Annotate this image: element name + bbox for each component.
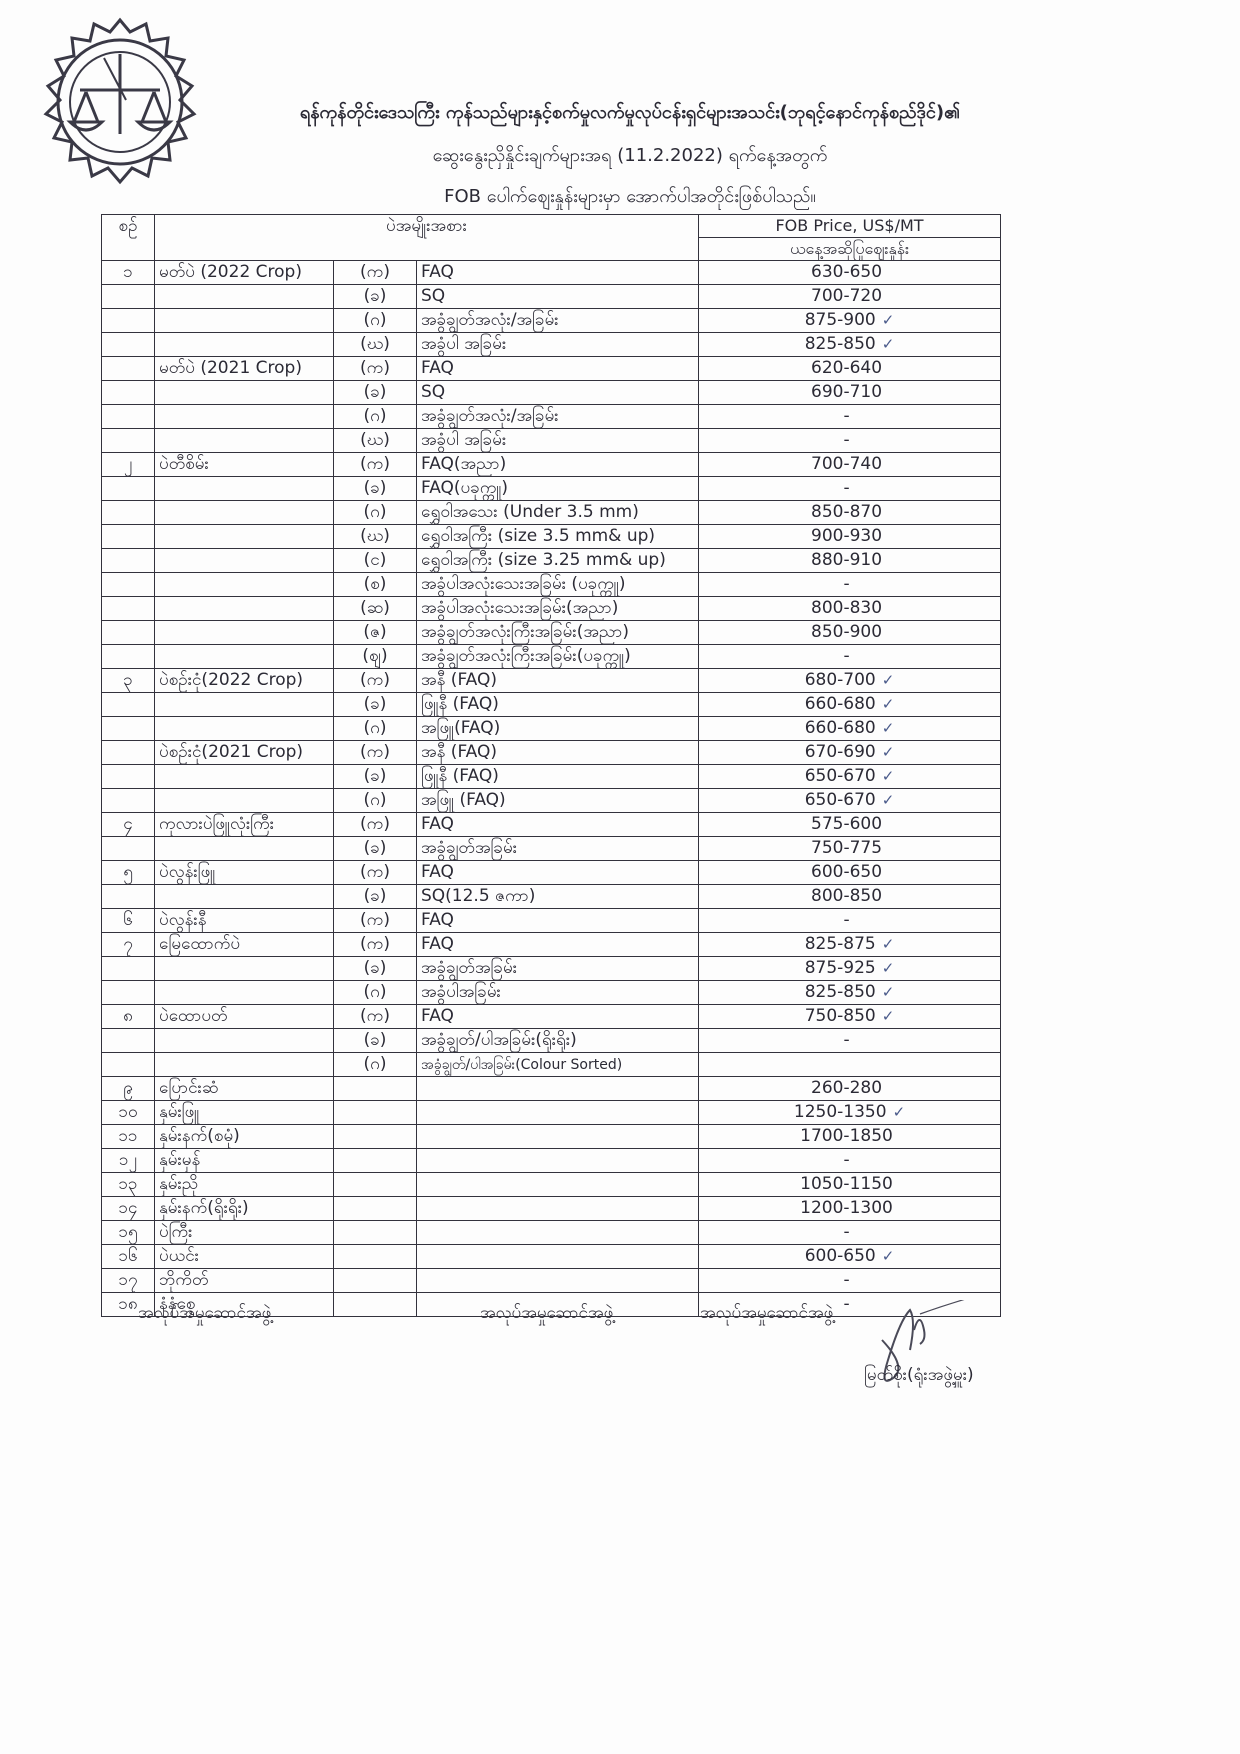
row-price: 575-600 bbox=[699, 813, 1001, 837]
row-number bbox=[102, 645, 155, 669]
row-number: ၁၃ bbox=[102, 1173, 155, 1197]
row-price: - bbox=[699, 405, 1001, 429]
row-item bbox=[155, 477, 334, 501]
row-number: ၁ bbox=[102, 261, 155, 285]
row-price: - bbox=[699, 1149, 1001, 1173]
row-number bbox=[102, 621, 155, 645]
row-price: 1200-1300 bbox=[699, 1197, 1001, 1221]
row-grade: FAQ bbox=[417, 933, 699, 957]
row-price: 1700-1850 bbox=[699, 1125, 1001, 1149]
row-subgrade-label: (ဂ) bbox=[334, 309, 417, 333]
checkmark-icon: ✓ bbox=[882, 1247, 895, 1265]
row-grade: FAQ bbox=[417, 861, 699, 885]
row-number: ၄ bbox=[102, 813, 155, 837]
checkmark-icon: ✓ bbox=[882, 791, 895, 809]
row-item: နှမ်းဖြူ bbox=[155, 1101, 334, 1125]
row-subgrade-label: (က) bbox=[334, 261, 417, 285]
row-number: ၉ bbox=[102, 1077, 155, 1101]
row-number bbox=[102, 405, 155, 429]
row-price: 670-690✓ bbox=[699, 741, 1001, 765]
table-row: (ဂ)အခွံချွတ်အလုံး/အခြမ်း- bbox=[102, 405, 1001, 429]
row-subgrade-label: (ဂ) bbox=[334, 501, 417, 525]
row-subgrade-label: (က) bbox=[334, 1005, 417, 1029]
row-grade bbox=[417, 1125, 699, 1149]
row-subgrade-label bbox=[334, 1149, 417, 1173]
row-item bbox=[155, 789, 334, 813]
committee-label-3: အလုပ်အမှုဆောင်အဖွဲ့ bbox=[700, 1302, 833, 1327]
row-subgrade-label: (က) bbox=[334, 669, 417, 693]
row-subgrade-label: (ဈ) bbox=[334, 645, 417, 669]
row-price: - bbox=[699, 429, 1001, 453]
row-item bbox=[155, 957, 334, 981]
table-row: (ခ)ဖြူနီ (FAQ)660-680✓ bbox=[102, 693, 1001, 717]
row-grade bbox=[417, 1101, 699, 1125]
table-row: (ခ)အခွံချွတ်အခြမ်း750-775 bbox=[102, 837, 1001, 861]
row-item: နှမ်းနက်(ရိုးရိုး) bbox=[155, 1197, 334, 1221]
row-grade: အခွံချွတ်အခြမ်း bbox=[417, 837, 699, 861]
table-row: (စ)အခွံပါအလုံးသေးအခြမ်း (ပခုက္ကူ)- bbox=[102, 573, 1001, 597]
table-row: (ခ)SQ700-720 bbox=[102, 285, 1001, 309]
table-row: (ခ)SQ(12.5 ဇကာ)800-850 bbox=[102, 885, 1001, 909]
row-item bbox=[155, 405, 334, 429]
row-item: မတ်ပဲ (2021 Crop) bbox=[155, 357, 334, 381]
table-row: (ခ)FAQ(ပခုက္ကူ)- bbox=[102, 477, 1001, 501]
checkmark-icon: ✓ bbox=[882, 335, 895, 353]
row-number bbox=[102, 741, 155, 765]
row-price: 660-680✓ bbox=[699, 717, 1001, 741]
row-grade: FAQ bbox=[417, 357, 699, 381]
checkmark-icon: ✓ bbox=[882, 767, 895, 785]
row-price: 800-850 bbox=[699, 885, 1001, 909]
row-grade: အခွံချွတ်/ပါအခြမ်း(ရိုးရိုး) bbox=[417, 1029, 699, 1053]
row-number bbox=[102, 789, 155, 813]
checkmark-icon: ✓ bbox=[893, 1103, 906, 1121]
row-price: - bbox=[699, 1269, 1001, 1293]
row-item bbox=[155, 765, 334, 789]
fob-intro-line: FOB ပေါက်ဈေးနှုန်းများမှာ အောက်ပါအတိုင်း… bbox=[300, 184, 960, 211]
checkmark-icon: ✓ bbox=[882, 671, 895, 689]
row-grade: အဖြူ (FAQ) bbox=[417, 789, 699, 813]
row-grade: အခွံပါ အခြမ်း bbox=[417, 333, 699, 357]
row-item bbox=[155, 597, 334, 621]
row-price: 900-930 bbox=[699, 525, 1001, 549]
row-number bbox=[102, 309, 155, 333]
row-subgrade-label: (ဂ) bbox=[334, 789, 417, 813]
row-item: နှမ်းနက်(စမုံ) bbox=[155, 1125, 334, 1149]
row-item bbox=[155, 645, 334, 669]
table-row: (ဃ)အခွံပါ အခြမ်း- bbox=[102, 429, 1001, 453]
row-grade: SQ bbox=[417, 381, 699, 405]
table-row: ၄ကုလားပဲဖြူလုံးကြီး(က)FAQ575-600 bbox=[102, 813, 1001, 837]
row-item: ပြောင်းဆံ bbox=[155, 1077, 334, 1101]
row-price: 750-850✓ bbox=[699, 1005, 1001, 1029]
checkmark-icon: ✓ bbox=[882, 959, 895, 977]
row-price: 875-925✓ bbox=[699, 957, 1001, 981]
row-number bbox=[102, 837, 155, 861]
row-price: 880-910 bbox=[699, 549, 1001, 573]
row-subgrade-label: (က) bbox=[334, 813, 417, 837]
date-line: ဆွေးနွေးညှိနှိုင်းချက်များအရ (11.2.2022)… bbox=[300, 143, 960, 170]
row-number bbox=[102, 333, 155, 357]
row-subgrade-label: (က) bbox=[334, 357, 417, 381]
row-grade: ရွှေဝါအသေး (Under 3.5 mm) bbox=[417, 501, 699, 525]
table-row: (ဆ)အခွံပါအလုံးသေးအခြမ်း(အညာ)800-830 bbox=[102, 597, 1001, 621]
row-grade: FAQ bbox=[417, 1005, 699, 1029]
row-number: ၇ bbox=[102, 933, 155, 957]
row-number: ၂ bbox=[102, 453, 155, 477]
table-row: ၁၆ပဲယင်း600-650✓ bbox=[102, 1245, 1001, 1269]
row-item: ကုလားပဲဖြူလုံးကြီး bbox=[155, 813, 334, 837]
table-row: (ဃ)အခွံပါ အခြမ်း825-850✓ bbox=[102, 333, 1001, 357]
row-item: ပဲလွန်းနီ bbox=[155, 909, 334, 933]
row-item bbox=[155, 525, 334, 549]
table-row: ၇မြေထောက်ပဲ(က)FAQ825-875✓ bbox=[102, 933, 1001, 957]
col-header-item: ပဲအမျိုးအစား bbox=[155, 215, 699, 261]
table-row: (ဂ)အခွံပါအခြမ်း825-850✓ bbox=[102, 981, 1001, 1005]
table-row: ၁၄နှမ်းနက်(ရိုးရိုး)1200-1300 bbox=[102, 1197, 1001, 1221]
row-item: ဘိုကိတ် bbox=[155, 1269, 334, 1293]
row-item bbox=[155, 981, 334, 1005]
table-row: (ဂ)ရွှေဝါအသေး (Under 3.5 mm)850-870 bbox=[102, 501, 1001, 525]
checkmark-icon: ✓ bbox=[882, 695, 895, 713]
table-row: ၁၇ဘိုကိတ်- bbox=[102, 1269, 1001, 1293]
table-row: ပဲစဉ်းငုံ(2021 Crop)(က)အနီ (FAQ)670-690✓ bbox=[102, 741, 1001, 765]
row-subgrade-label: (ခ) bbox=[334, 1029, 417, 1053]
row-price: - bbox=[699, 477, 1001, 501]
row-grade: FAQ bbox=[417, 261, 699, 285]
table-row: ၉ပြောင်းဆံ260-280 bbox=[102, 1077, 1001, 1101]
row-price: - bbox=[699, 1029, 1001, 1053]
row-subgrade-label: (ဃ) bbox=[334, 333, 417, 357]
row-subgrade-label: (ဂ) bbox=[334, 405, 417, 429]
row-number bbox=[102, 285, 155, 309]
row-price: 850-900 bbox=[699, 621, 1001, 645]
row-item: ပဲတီစိမ်း bbox=[155, 453, 334, 477]
table-row: ၆ပဲလွန်းနီ(က)FAQ- bbox=[102, 909, 1001, 933]
row-item: ပဲစဉ်းငုံ(2022 Crop) bbox=[155, 669, 334, 693]
row-grade: အနီ (FAQ) bbox=[417, 669, 699, 693]
row-number bbox=[102, 693, 155, 717]
row-item bbox=[155, 573, 334, 597]
row-grade bbox=[417, 1221, 699, 1245]
row-item: နှမ်းညို bbox=[155, 1173, 334, 1197]
row-grade: ဖြူနီ (FAQ) bbox=[417, 693, 699, 717]
row-number bbox=[102, 1053, 155, 1077]
row-price: 850-870 bbox=[699, 501, 1001, 525]
row-subgrade-label bbox=[334, 1077, 417, 1101]
row-item bbox=[155, 285, 334, 309]
row-subgrade-label: (ဂ) bbox=[334, 717, 417, 741]
row-number bbox=[102, 597, 155, 621]
row-grade: အခွံပါ အခြမ်း bbox=[417, 429, 699, 453]
row-price: - bbox=[699, 909, 1001, 933]
row-subgrade-label: (ခ) bbox=[334, 381, 417, 405]
row-price: 800-830 bbox=[699, 597, 1001, 621]
row-number bbox=[102, 357, 155, 381]
table-row: ၂ပဲတီစိမ်း(က)FAQ(အညာ)700-740 bbox=[102, 453, 1001, 477]
table-row: (ဂ)အခွံချွတ်အလုံး/အခြမ်း875-900✓ bbox=[102, 309, 1001, 333]
table-row: (ဇ)အခွံချွတ်အလုံးကြီးအခြမ်း(အညာ)850-900 bbox=[102, 621, 1001, 645]
row-item: ပဲယင်း bbox=[155, 1245, 334, 1269]
committee-label-2: အလုပ်အမှုဆောင်အဖွဲ့ bbox=[480, 1302, 613, 1327]
row-price: 825-850✓ bbox=[699, 981, 1001, 1005]
row-item bbox=[155, 885, 334, 909]
row-price: 680-700✓ bbox=[699, 669, 1001, 693]
row-number bbox=[102, 381, 155, 405]
row-subgrade-label: (ခ) bbox=[334, 957, 417, 981]
row-price: 650-670✓ bbox=[699, 765, 1001, 789]
row-item bbox=[155, 381, 334, 405]
row-item bbox=[155, 837, 334, 861]
row-price: 260-280 bbox=[699, 1077, 1001, 1101]
row-grade: ဖြူနီ (FAQ) bbox=[417, 765, 699, 789]
row-subgrade-label: (ခ) bbox=[334, 885, 417, 909]
table-row: ၁မတ်ပဲ (2022 Crop)(က)FAQ630-650 bbox=[102, 261, 1001, 285]
row-number: ၆ bbox=[102, 909, 155, 933]
row-grade: အဖြူ(FAQ) bbox=[417, 717, 699, 741]
row-subgrade-label: (ဂ) bbox=[334, 1053, 417, 1077]
row-price: - bbox=[699, 1221, 1001, 1245]
table-row: ၁၁နှမ်းနက်(စမုံ)1700-1850 bbox=[102, 1125, 1001, 1149]
row-subgrade-label bbox=[334, 1173, 417, 1197]
checkmark-icon: ✓ bbox=[882, 743, 895, 761]
checkmark-icon: ✓ bbox=[882, 983, 895, 1001]
row-number: ၁၄ bbox=[102, 1197, 155, 1221]
row-number: ၁၁ bbox=[102, 1125, 155, 1149]
row-item bbox=[155, 717, 334, 741]
row-grade: FAQ bbox=[417, 909, 699, 933]
table-row: ၈ပဲထောပတ်(က)FAQ750-850✓ bbox=[102, 1005, 1001, 1029]
checkmark-icon: ✓ bbox=[882, 935, 895, 953]
row-price: 650-670✓ bbox=[699, 789, 1001, 813]
row-number bbox=[102, 717, 155, 741]
checkmark-icon: ✓ bbox=[882, 1007, 895, 1025]
row-number bbox=[102, 765, 155, 789]
row-number bbox=[102, 549, 155, 573]
row-price: 690-710 bbox=[699, 381, 1001, 405]
row-price: 630-650 bbox=[699, 261, 1001, 285]
row-subgrade-label: (ခ) bbox=[334, 285, 417, 309]
table-row: (ခ)အခွံချွတ်/ပါအခြမ်း(ရိုးရိုး)- bbox=[102, 1029, 1001, 1053]
row-subgrade-label: (က) bbox=[334, 933, 417, 957]
row-price: - bbox=[699, 645, 1001, 669]
committee-label-1: အလုပ်အမှုဆောင်အဖွဲ့ bbox=[138, 1302, 271, 1327]
row-number: ၈ bbox=[102, 1005, 155, 1029]
row-item bbox=[155, 429, 334, 453]
row-subgrade-label: (ခ) bbox=[334, 477, 417, 501]
row-item bbox=[155, 549, 334, 573]
org-title: ရန်ကုန်တိုင်းဒေသကြီး ကုန်သည်များနှင့်စက်… bbox=[150, 100, 1110, 127]
row-number bbox=[102, 429, 155, 453]
row-grade bbox=[417, 1173, 699, 1197]
row-price: 700-720 bbox=[699, 285, 1001, 309]
row-subgrade-label bbox=[334, 1245, 417, 1269]
row-grade: SQ(12.5 ဇကာ) bbox=[417, 885, 699, 909]
row-grade: အနီ (FAQ) bbox=[417, 741, 699, 765]
row-subgrade-label: (င) bbox=[334, 549, 417, 573]
row-item: ပဲစဉ်းငုံ(2021 Crop) bbox=[155, 741, 334, 765]
row-item: ပဲထောပတ် bbox=[155, 1005, 334, 1029]
col-header-price: FOB Price, US$/MT bbox=[699, 215, 1001, 238]
signer-name: မြတ်စိုး(ရုံးအဖွဲ့မှူး) bbox=[864, 1364, 974, 1389]
row-number bbox=[102, 501, 155, 525]
row-price: 700-740 bbox=[699, 453, 1001, 477]
row-number bbox=[102, 477, 155, 501]
row-price: 875-900✓ bbox=[699, 309, 1001, 333]
row-item: မြေထောက်ပဲ bbox=[155, 933, 334, 957]
row-grade: အခွံချွတ်အခြမ်း bbox=[417, 957, 699, 981]
row-item bbox=[155, 501, 334, 525]
checkmark-icon: ✓ bbox=[882, 311, 895, 329]
table-row: ၁၃နှမ်းညို1050-1150 bbox=[102, 1173, 1001, 1197]
row-price: 1250-1350✓ bbox=[699, 1101, 1001, 1125]
checkmark-icon: ✓ bbox=[882, 719, 895, 737]
row-price: 600-650✓ bbox=[699, 1245, 1001, 1269]
row-subgrade-label: (ဆ) bbox=[334, 597, 417, 621]
row-grade bbox=[417, 1269, 699, 1293]
table-row: (ဈ)အခွံချွတ်အလုံးကြီးအခြမ်း(ပခုက္ကူ)- bbox=[102, 645, 1001, 669]
row-subgrade-label: (က) bbox=[334, 741, 417, 765]
row-price: 825-850✓ bbox=[699, 333, 1001, 357]
col-header-price-today: ယနေ့အဆိုပြုဈေးနှုန်း bbox=[699, 238, 1001, 261]
row-number: ၁၇ bbox=[102, 1269, 155, 1293]
row-grade: အခွံချွတ်/ပါအခြမ်း(Colour Sorted) bbox=[417, 1053, 699, 1077]
row-price: 750-775 bbox=[699, 837, 1001, 861]
row-grade bbox=[417, 1077, 699, 1101]
row-number: ၁၂ bbox=[102, 1149, 155, 1173]
table-row: (ခ)အခွံချွတ်အခြမ်း875-925✓ bbox=[102, 957, 1001, 981]
row-number bbox=[102, 981, 155, 1005]
price-table: စဉ် ပဲအမျိုးအစား FOB Price, US$/MT ယနေ့အ… bbox=[101, 214, 1001, 1317]
row-subgrade-label: (ခ) bbox=[334, 837, 417, 861]
row-subgrade-label: (ဇ) bbox=[334, 621, 417, 645]
table-row: (ဂ)အခွံချွတ်/ပါအခြမ်း(Colour Sorted) bbox=[102, 1053, 1001, 1077]
row-grade bbox=[417, 1149, 699, 1173]
row-item: မတ်ပဲ (2022 Crop) bbox=[155, 261, 334, 285]
row-item: ပဲကြီး bbox=[155, 1221, 334, 1245]
row-subgrade-label: (ဂ) bbox=[334, 981, 417, 1005]
row-item bbox=[155, 693, 334, 717]
row-price: - bbox=[699, 573, 1001, 597]
table-row: ၁၅ပဲကြီး- bbox=[102, 1221, 1001, 1245]
table-row: (ခ)ဖြူနီ (FAQ)650-670✓ bbox=[102, 765, 1001, 789]
row-grade: အခွံချွတ်အလုံးကြီးအခြမ်း(ပခုက္ကူ) bbox=[417, 645, 699, 669]
row-price: 660-680✓ bbox=[699, 693, 1001, 717]
row-number bbox=[102, 573, 155, 597]
table-row: (င)ရွှေဝါအကြီး (size 3.25 mm& up)880-910 bbox=[102, 549, 1001, 573]
row-grade: SQ bbox=[417, 285, 699, 309]
row-item bbox=[155, 1029, 334, 1053]
row-number: ၁၅ bbox=[102, 1221, 155, 1245]
row-subgrade-label: (စ) bbox=[334, 573, 417, 597]
row-number bbox=[102, 957, 155, 981]
row-subgrade-label: (ခ) bbox=[334, 693, 417, 717]
table-row: ၁၂နှမ်းမှန်- bbox=[102, 1149, 1001, 1173]
row-item bbox=[155, 333, 334, 357]
row-subgrade-label bbox=[334, 1293, 417, 1317]
row-price: 600-650 bbox=[699, 861, 1001, 885]
row-price: 825-875✓ bbox=[699, 933, 1001, 957]
col-header-no: စဉ် bbox=[102, 215, 155, 261]
row-grade: အခွံပါအလုံးသေးအခြမ်း (ပခုက္ကူ) bbox=[417, 573, 699, 597]
row-grade: FAQ(အညာ) bbox=[417, 453, 699, 477]
table-row: မတ်ပဲ (2021 Crop)(က)FAQ620-640 bbox=[102, 357, 1001, 381]
row-number: ၅ bbox=[102, 861, 155, 885]
row-subgrade-label bbox=[334, 1101, 417, 1125]
row-subgrade-label: (က) bbox=[334, 909, 417, 933]
row-subgrade-label: (က) bbox=[334, 453, 417, 477]
row-number: ၃ bbox=[102, 669, 155, 693]
row-subgrade-label bbox=[334, 1125, 417, 1149]
row-price: 620-640 bbox=[699, 357, 1001, 381]
row-number: ၁၀ bbox=[102, 1101, 155, 1125]
row-item: ပဲလွန်းဖြူ bbox=[155, 861, 334, 885]
row-grade: အခွံပါအလုံးသေးအခြမ်း(အညာ) bbox=[417, 597, 699, 621]
row-subgrade-label bbox=[334, 1197, 417, 1221]
row-number bbox=[102, 525, 155, 549]
table-row: ၃ပဲစဉ်းငုံ(2022 Crop)(က)အနီ (FAQ)680-700… bbox=[102, 669, 1001, 693]
row-grade bbox=[417, 1245, 699, 1269]
table-row: ၅ပဲလွန်းဖြူ(က)FAQ600-650 bbox=[102, 861, 1001, 885]
row-grade: အခွံချွတ်အလုံး/အခြမ်း bbox=[417, 309, 699, 333]
row-number bbox=[102, 885, 155, 909]
row-subgrade-label: (ဃ) bbox=[334, 525, 417, 549]
row-subgrade-label bbox=[334, 1269, 417, 1293]
row-item: နှမ်းမှန် bbox=[155, 1149, 334, 1173]
table-row: (ဃ)ရွှေဝါအကြီး (size 3.5 mm& up)900-930 bbox=[102, 525, 1001, 549]
row-grade: FAQ(ပခုက္ကူ) bbox=[417, 477, 699, 501]
table-row: (ခ)SQ690-710 bbox=[102, 381, 1001, 405]
row-number bbox=[102, 1029, 155, 1053]
row-subgrade-label bbox=[334, 1221, 417, 1245]
row-subgrade-label: (ဃ) bbox=[334, 429, 417, 453]
table-row: ၁၀နှမ်းဖြူ1250-1350✓ bbox=[102, 1101, 1001, 1125]
row-subgrade-label: (ခ) bbox=[334, 765, 417, 789]
row-grade: FAQ bbox=[417, 813, 699, 837]
row-item bbox=[155, 1053, 334, 1077]
row-grade: အခွံချွတ်အလုံး/အခြမ်း bbox=[417, 405, 699, 429]
row-grade bbox=[417, 1197, 699, 1221]
table-row: (ဂ)အဖြူ(FAQ)660-680✓ bbox=[102, 717, 1001, 741]
row-subgrade-label: (က) bbox=[334, 861, 417, 885]
row-item bbox=[155, 621, 334, 645]
row-grade: အခွံပါအခြမ်း bbox=[417, 981, 699, 1005]
row-price bbox=[699, 1053, 1001, 1077]
row-grade: ရွှေဝါအကြီး (size 3.25 mm& up) bbox=[417, 549, 699, 573]
row-item bbox=[155, 309, 334, 333]
table-row: (ဂ)အဖြူ (FAQ)650-670✓ bbox=[102, 789, 1001, 813]
row-grade: ရွှေဝါအကြီး (size 3.5 mm& up) bbox=[417, 525, 699, 549]
row-grade: အခွံချွတ်အလုံးကြီးအခြမ်း(အညာ) bbox=[417, 621, 699, 645]
row-price: 1050-1150 bbox=[699, 1173, 1001, 1197]
row-number: ၁၆ bbox=[102, 1245, 155, 1269]
